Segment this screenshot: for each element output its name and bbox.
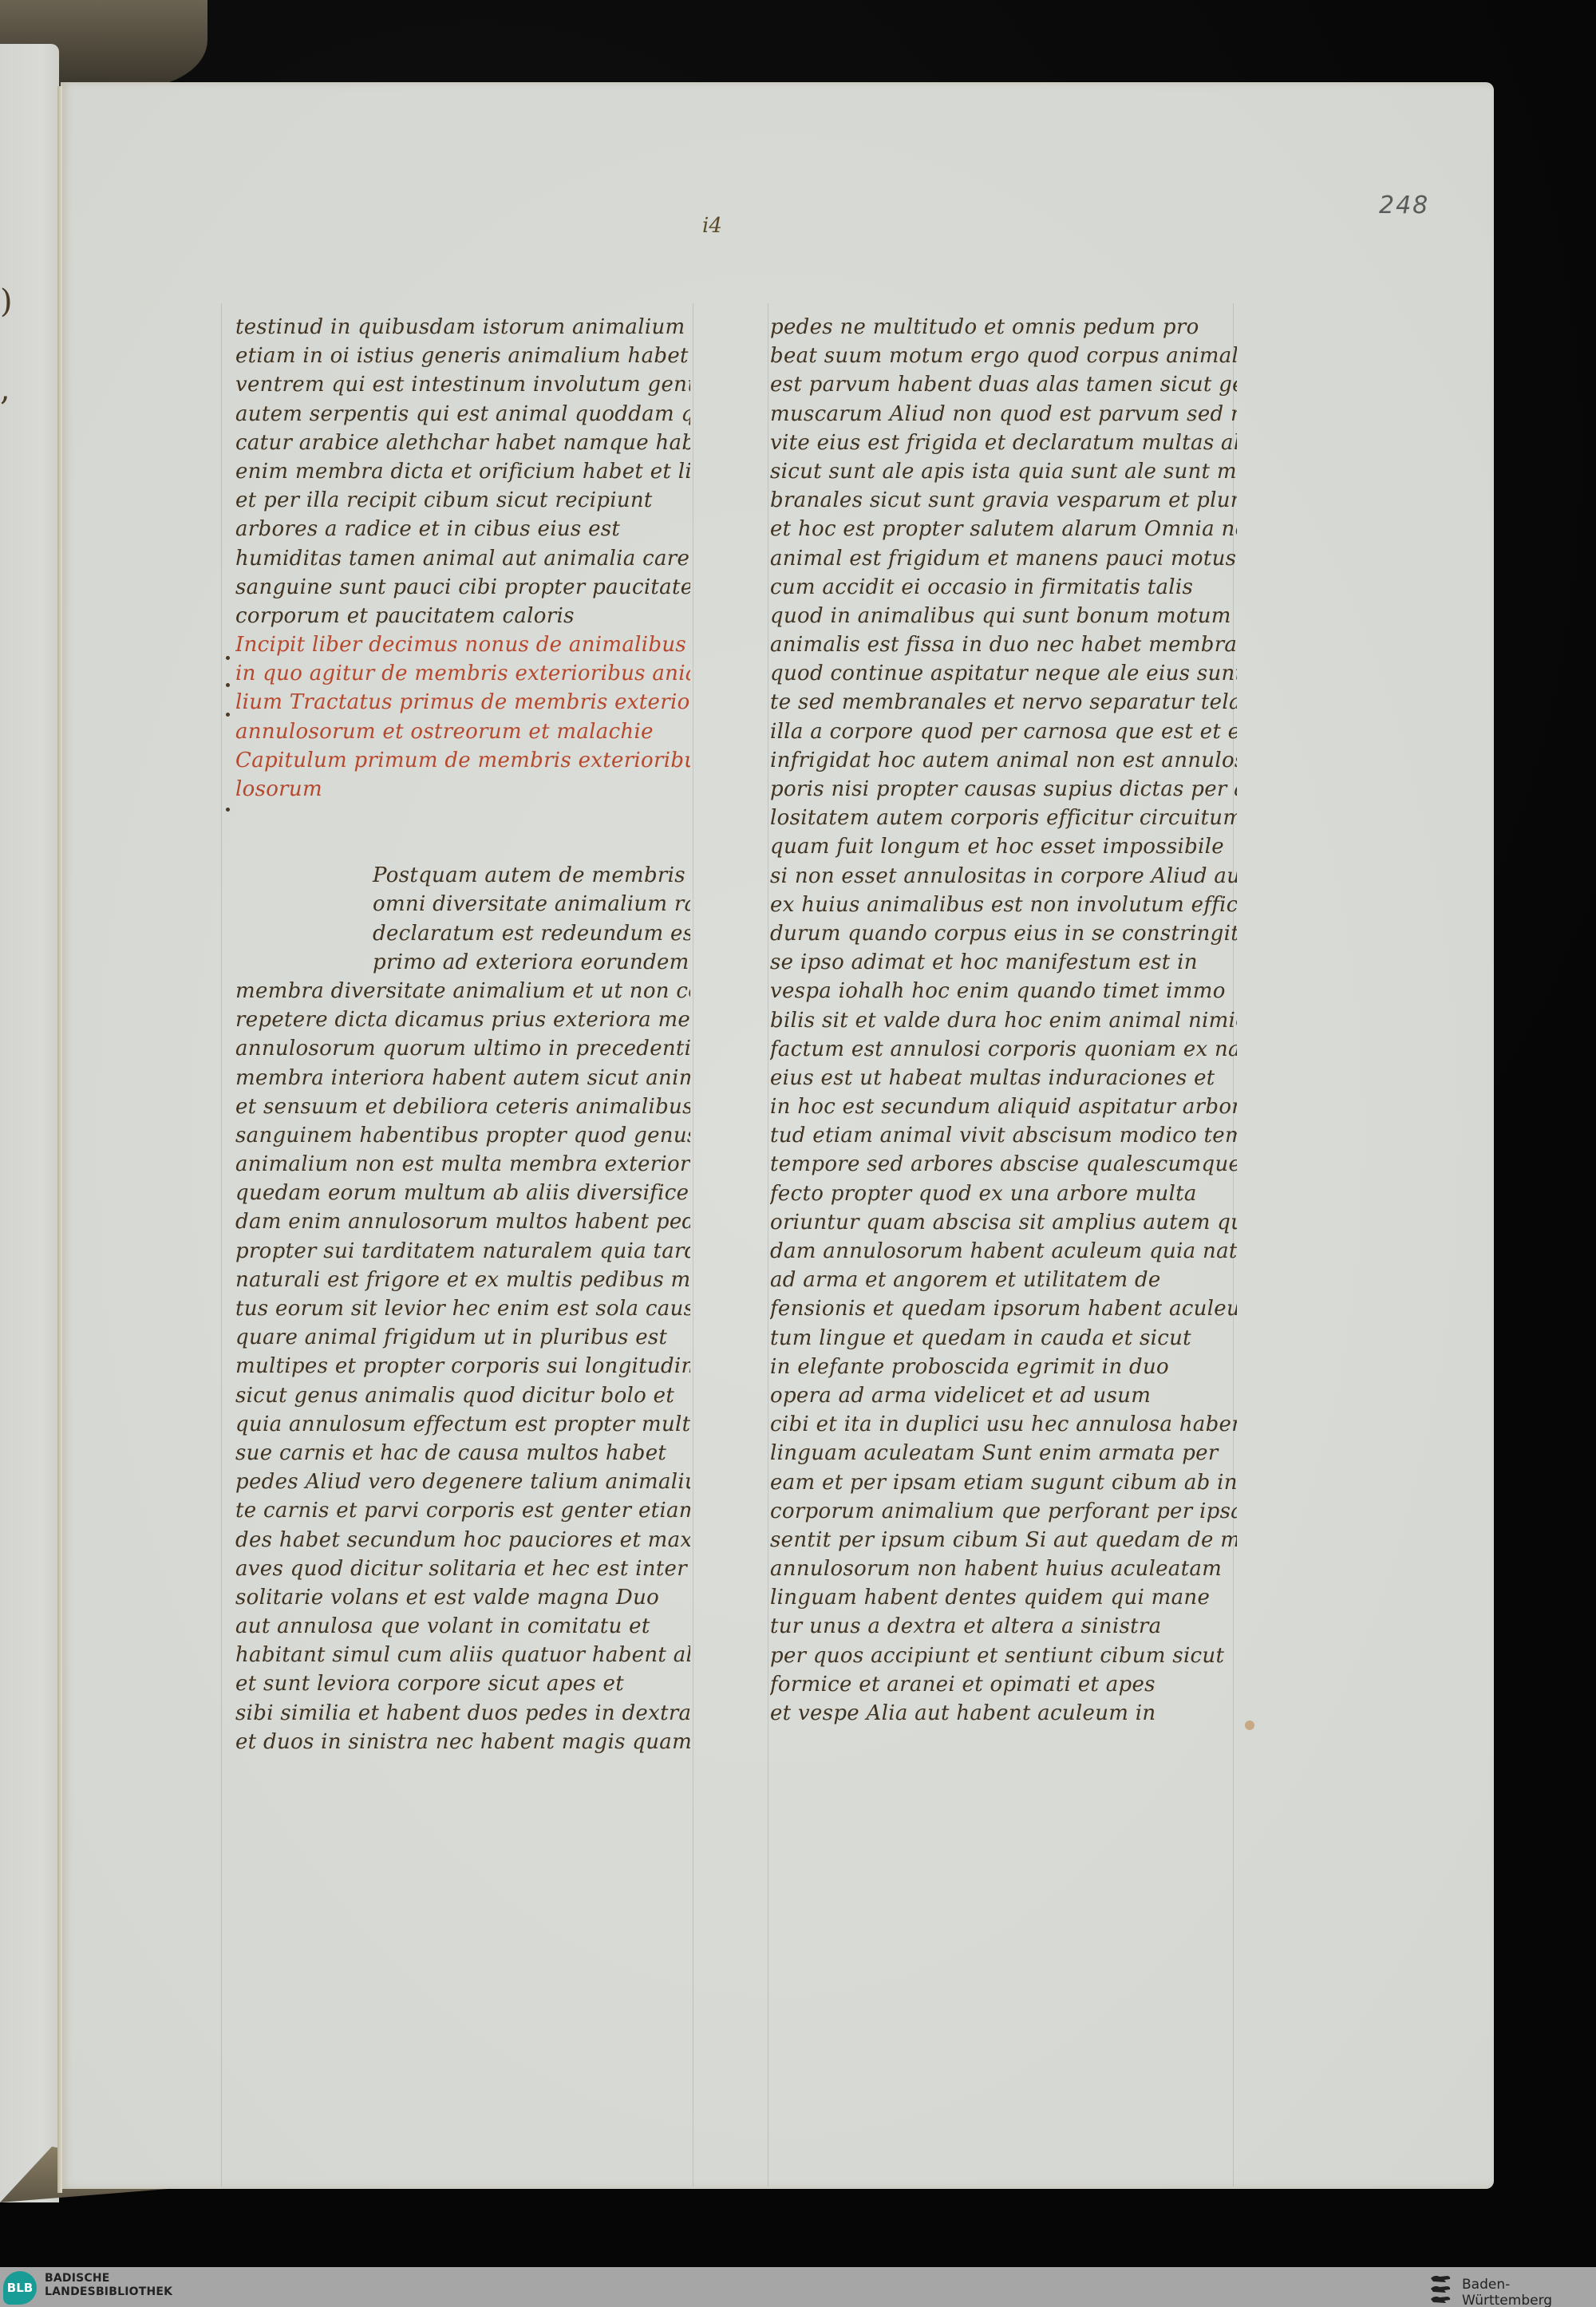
manuscript-line: sentit per ipsum cibum Si aut quedam de … [770, 1526, 1237, 1554]
manuscript-line: autem serpentis qui est animal quoddam q… [235, 400, 690, 429]
manuscript-line: vite eius est frigida et declaratum mult… [770, 429, 1237, 457]
manuscript-line: sicut sunt ale apis ista quia sunt ale s… [770, 457, 1237, 486]
state-name[interactable]: Baden-Württemberg [1462, 2277, 1596, 2307]
manuscript-line: oriuntur quam abscisa sit amplius autem … [770, 1208, 1237, 1237]
manuscript-line: corporum animalium que perforant per ips… [770, 1497, 1237, 1526]
verso-ink-mark: , [0, 371, 10, 408]
manuscript-line: pedes Aliud vero degenere talium animali… [235, 1468, 690, 1496]
rubric-line: Incipit liber decimus nonus de animalibu… [235, 630, 690, 659]
manuscript-line: ad arma et angorem et utilitatem de [770, 1266, 1237, 1294]
manuscript-line: branales sicut sunt gravia vesparum et p… [770, 486, 1237, 515]
manuscript-line: humiditas tamen animal aut animalia care… [235, 544, 690, 573]
manuscript-line-indented: declaratum est redeundum est [235, 919, 690, 948]
manuscript-line: et per illa recipit cibum sicut recipiun… [235, 486, 690, 515]
manuscript-line: annulosorum non habent huius aculeatam [770, 1554, 1237, 1583]
manuscript-line: membra interiora habent autem sicut anim… [235, 1064, 690, 1092]
institution-name-line1: BADISCHE [45, 2272, 172, 2285]
quire-signature: i4 [702, 214, 722, 238]
manuscript-line: sue carnis et hac de causa multos habet [235, 1439, 690, 1468]
manuscript-line: dam annulosorum habent aculeum quia natu… [770, 1237, 1237, 1266]
manuscript-line: et hoc est propter salutem alarum Omnia … [770, 515, 1237, 543]
manuscript-line: per quos accipiunt et sentiunt cibum sic… [770, 1641, 1237, 1670]
manuscript-line: tum lingue et quedam in cauda et sicut [770, 1324, 1237, 1353]
ruling-line [768, 303, 768, 2187]
page-gutter [57, 86, 62, 2193]
manuscript-line: testinud in quibusdam istorum animalium … [235, 313, 690, 342]
manuscript-line: ex huius animalibus est non involutum ef… [770, 891, 1237, 919]
manuscript-line: eius est ut habeat multas induraciones e… [770, 1064, 1237, 1092]
ruling-line [693, 303, 693, 2187]
manuscript-line: tempore sed arbores abscise qualescumque… [770, 1150, 1237, 1179]
manuscript-line: annulosorum quorum ultimo in precedenti … [235, 1034, 690, 1063]
manuscript-line-indented: omni diversitate animalium ra [235, 890, 690, 918]
text-column-right: pedes ne multitudo et omnis pedum probea… [770, 313, 1237, 1728]
manuscript-line: sanguine sunt pauci cibi propter paucita… [235, 573, 690, 602]
manuscript-line: et vespe Alia aut habent aculeum in [770, 1699, 1237, 1728]
manuscript-line: dam enim annulosorum multos habent pedes [235, 1207, 690, 1236]
manuscript-line: habitant simul cum aliis quatuor habent … [235, 1641, 690, 1669]
verso-ink-mark: ) [0, 283, 13, 320]
margin-prick [226, 656, 230, 660]
manuscript-line-indented: primo ad exteriora eorundem [235, 948, 690, 977]
manuscript-line: quare animal frigidum ut in pluribus est [235, 1323, 690, 1352]
manuscript-line: in elefante proboscida egrimit in duo [770, 1353, 1237, 1381]
manuscript-line: infrigidat hoc autem animal non est annu… [770, 746, 1237, 775]
manuscript-line: et sunt leviora corpore sicut apes et [235, 1669, 690, 1698]
manuscript-line: des habet secundum hoc pauciores et maxi… [235, 1526, 690, 1554]
ruling-line [221, 303, 222, 2187]
manuscript-line: muscarum Aliud non quod est parvum sed r… [770, 400, 1237, 429]
manuscript-line: linguam habent dentes quidem qui mane [770, 1583, 1237, 1612]
manuscript-line: eam et per ipsam etiam sugunt cibum ab i… [770, 1468, 1237, 1497]
rubric-line: in quo agitur de membris exterioribus an… [235, 659, 690, 688]
folio-number: 248 [1379, 192, 1429, 219]
manuscript-line: si non esset annulositas in corpore Aliu… [770, 862, 1237, 891]
rubric-line: losorum [235, 775, 690, 804]
blb-logo[interactable]: BLB [3, 2271, 37, 2305]
manuscript-line: fensionis et quedam ipsorum habent acule… [770, 1294, 1237, 1323]
manuscript-line: te sed membranales et nervo separatur te… [770, 688, 1237, 717]
text-column-left: testinud in quibusdam istorum animalium … [235, 313, 690, 1756]
viewer-footer: BLB BADISCHE LANDESBIBLIOTHEK Baden-Würt… [0, 2267, 1596, 2307]
manuscript-line: quia annulosum effectum est propter mult… [235, 1410, 690, 1439]
margin-prick [226, 713, 230, 717]
manuscript-line: se ipso adimat et hoc manifestum est in [770, 948, 1237, 977]
margin-prick [226, 683, 230, 687]
parchment-stain [1245, 1720, 1254, 1730]
manuscript-line: pedes ne multitudo et omnis pedum pro [770, 313, 1237, 342]
manuscript-line: beat suum motum ergo quod corpus animali… [770, 342, 1237, 370]
manuscript-line: naturali est frigore et ex multis pedibu… [235, 1266, 690, 1294]
rubric-line: lium Tractatus primus de membris exterio… [235, 688, 690, 717]
institution-name[interactable]: BADISCHE LANDESBIBLIOTHEK [45, 2272, 172, 2299]
manuscript-line: formice et aranei et opimati et apes [770, 1670, 1237, 1699]
manuscript-line: illa a corpore quod per carnosa que est … [770, 717, 1237, 746]
rubric-line: annulosorum et ostreorum et malachie [235, 717, 690, 746]
manuscript-line: corporum et paucitatem caloris [235, 602, 690, 630]
manuscript-line: sibi similia et habent duos pedes in dex… [235, 1699, 690, 1728]
rubric-line: Capitulum primum de membris exterioribus… [235, 746, 690, 775]
manuscript-line: tur unus a dextra et altera a sinistra [770, 1612, 1237, 1641]
manuscript-line: aves quod dicitur solitaria et hec est i… [235, 1554, 690, 1583]
manuscript-line: fecto propter quod ex una arbore multa [770, 1179, 1237, 1208]
manuscript-line: in hoc est secundum aliquid aspitatur ar… [770, 1092, 1237, 1121]
manuscript-line: linguam aculeatam Sunt enim armata per [770, 1439, 1237, 1468]
manuscript-line: sicut genus animalis quod dicitur bolo e… [235, 1381, 690, 1410]
manuscript-line: quod continue aspitatur neque ale eius s… [770, 659, 1237, 688]
rubric-heading: Incipit liber decimus nonus de animalibu… [235, 630, 690, 804]
manuscript-line: tus eorum sit levior hec enim est sola c… [235, 1294, 690, 1323]
manuscript-line-indented: Postquam autem de membris [235, 861, 690, 890]
manuscript-line: arbores a radice et in cibus eius est [235, 515, 690, 543]
manuscript-line: et duos in sinistra nec habent magis qua… [235, 1728, 690, 1756]
manuscript-line: aut annulosa que volant in comitatu et [235, 1612, 690, 1641]
manuscript-line: opera ad arma videlicet et ad usum [770, 1381, 1237, 1410]
coat-of-arms-icon [1428, 2272, 1452, 2304]
manuscript-line: multipes et propter corporis sui longitu… [235, 1352, 690, 1381]
manuscript-line: te carnis et parvi corporis est genter e… [235, 1496, 690, 1525]
manuscript-line: animalis est fissa in duo nec habet memb… [770, 630, 1237, 659]
manuscript-line: cibi et ita in duplici usu hec annulosa … [770, 1410, 1237, 1439]
manuscript-line: durum quando corpus eius in se constring… [770, 919, 1237, 948]
manuscript-line: enim membra dicta et orificium habet et … [235, 457, 690, 486]
manuscript-line: quam fuit longum et hoc esset impossibil… [770, 832, 1237, 861]
manuscript-line: sanguinem habentibus propter quod genus … [235, 1121, 690, 1150]
manuscript-line: tud etiam animal vivit abscisum modico t… [770, 1121, 1237, 1150]
manuscript-line: poris nisi propter causas supius dictas … [770, 775, 1237, 804]
manuscript-line: etiam in oi istius generis animalium hab… [235, 342, 690, 370]
margin-prick [226, 808, 230, 812]
manuscript-line: membra diversitate animalium et ut non c… [235, 977, 690, 1005]
manuscript-line: quod in animalibus qui sunt bonum motum … [770, 602, 1237, 630]
manuscript-line: lositatem autem corporis efficitur circu… [770, 804, 1237, 832]
manuscript-line: cum accidit ei occasio in firmitatis tal… [770, 573, 1237, 602]
manuscript-line: animal est frigidum et manens pauci motu… [770, 544, 1237, 573]
manuscript-line: animalium non est multa membra exteriora… [235, 1150, 690, 1179]
verso-page-edge: ) , [0, 44, 59, 2202]
manuscript-line: bilis sit et valde dura hoc enim animal … [770, 1006, 1237, 1035]
manuscript-line: ventrem qui est intestinum involutum gen… [235, 370, 690, 399]
manuscript-line: solitarie volans et est valde magna Duo [235, 1583, 690, 1612]
manuscript-line: est parvum habent duas alas tamen sicut … [770, 370, 1237, 399]
manuscript-line: et sensuum et debiliora ceteris animalib… [235, 1092, 690, 1121]
manuscript-line: catur arabice alethchar habet namque hab… [235, 429, 690, 457]
manuscript-line: quedam eorum multum ab aliis diversifice… [235, 1179, 690, 1207]
manuscript-line: repetere dicta dicamus prius exteriora m… [235, 1005, 690, 1034]
manuscript-line: vespa iohalh hoc enim quando timet immo [770, 977, 1237, 1005]
manuscript-line: factum est annulosi corporis quoniam ex … [770, 1035, 1237, 1064]
institution-name-line2: LANDESBIBLIOTHEK [45, 2285, 172, 2299]
manuscript-line: propter sui tarditatem naturalem quia ta… [235, 1237, 690, 1266]
